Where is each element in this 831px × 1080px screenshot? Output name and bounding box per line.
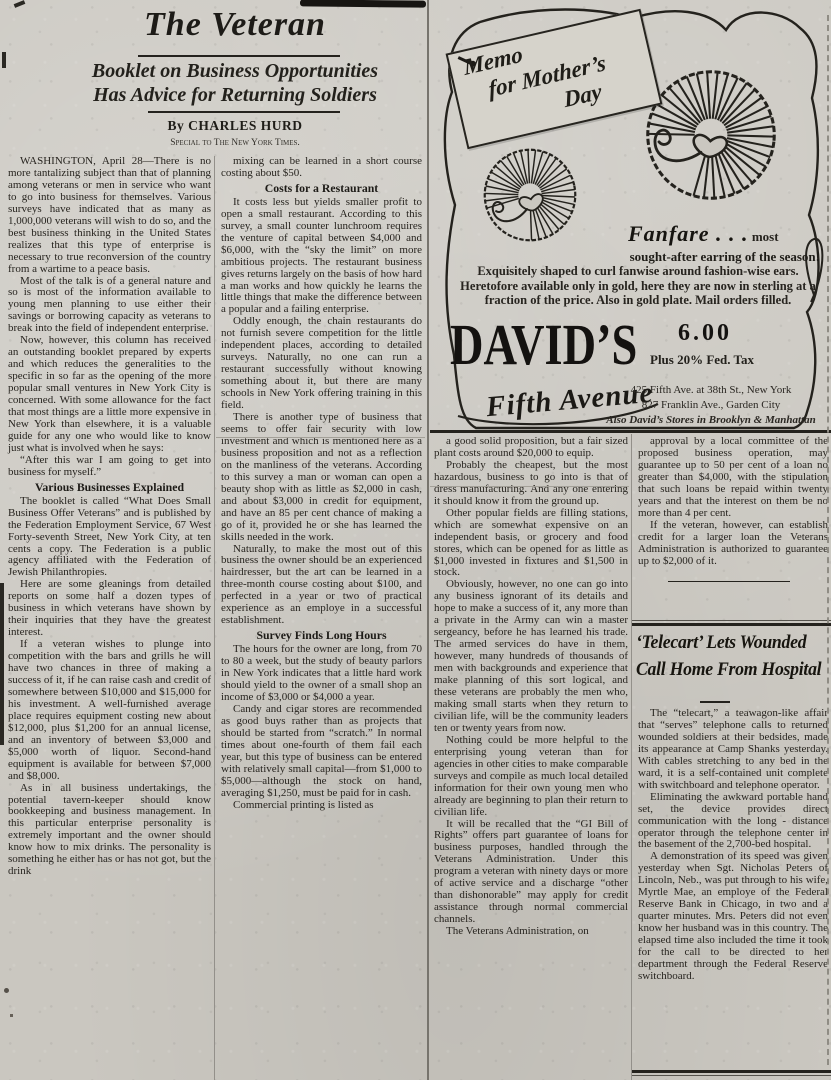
page-edge (827, 15, 829, 1065)
bottom-rule (632, 1075, 831, 1076)
telecart-headline-line2: Call Home From Hospital (636, 657, 824, 684)
headline-rule (700, 701, 730, 703)
clipping-edge (216, 437, 425, 438)
scan-speck (10, 1014, 13, 1017)
ad-subheadline: sought-after earring of the season! (578, 249, 820, 265)
paragraph: If a veteran wishes to plunge into compe… (8, 639, 211, 782)
paragraph: Probably the cheapest, but the most haza… (434, 460, 628, 508)
fanfare-tail: most (749, 229, 779, 244)
article-column-2: mixing can be learned in a short course … (221, 156, 422, 811)
brand-logotype: DAVID’S (450, 316, 637, 374)
ad-address-1: 425 Fifth Ave. at 38th St., New York (598, 384, 824, 396)
paragraph: Most of the talk is of a general nature … (8, 276, 211, 336)
fanfare-script: Fanfare . . . (628, 221, 749, 246)
paragraph: Naturally, to make the most out of this … (221, 544, 422, 628)
paragraph: a good solid proposition, but a fair siz… (434, 436, 628, 460)
paragraph: If the veteran, however, can establish c… (638, 520, 828, 568)
column-divider (631, 434, 632, 1080)
paragraph: mixing can be learned in a short course … (221, 156, 422, 180)
byline: By CHARLES HURD (40, 118, 430, 134)
subtitle-rule (148, 111, 340, 113)
clipping-edge (430, 486, 629, 487)
subhead: Survey Finds Long Hours (221, 630, 422, 642)
davids-fifth-avenue-ad: Memo for Mother’s Day Fanfare . . . most… (428, 0, 831, 434)
paragraph: “After this war I am going to get into b… (8, 455, 211, 479)
article-subtitle-line2: Has Advice for Returning Soldiers (40, 84, 430, 107)
paragraph: It costs less but yields smaller profit … (221, 197, 422, 317)
paragraph: As in all business undertakings, the pot… (8, 783, 211, 879)
paragraph: Oddly enough, the chain restaurants do n… (221, 316, 422, 412)
ad-body-text: Exquisitely shaped to curl fanwise aroun… (452, 264, 824, 308)
paragraph: approval by a local committee of the pro… (638, 436, 828, 520)
earring-illustration-right (641, 65, 780, 204)
column-divider (214, 156, 215, 1080)
scan-speck (14, 0, 26, 8)
paragraph: The booklet is called “What Does Small B… (8, 496, 211, 580)
torn-edge-mark (300, 0, 426, 8)
paragraph: The “telecart,” a teawagon-like affair t… (638, 708, 828, 792)
telecart-headline: ‘Telecart’ Lets Wounded Call Home From H… (636, 630, 824, 684)
paragraph: Commercial printing is listed as (221, 800, 422, 812)
telecart-article-body: The “telecart,” a teawagon-like affair t… (638, 708, 828, 983)
subhead: Costs for a Restaurant (221, 183, 422, 195)
paragraph: Candy and cigar stores are recommended a… (221, 704, 422, 800)
paragraph: Other popular fields are filling station… (434, 508, 628, 580)
ad-address-3: Also David’s Stores in Brooklyn & Manhat… (598, 414, 824, 426)
newspaper-page: The Veteran Booklet on Business Opportun… (0, 0, 831, 1080)
title-rule (138, 55, 340, 57)
article-column-4: approval by a local committee of the pro… (638, 436, 828, 567)
credit-line: Special to The New York Times. (40, 138, 430, 148)
section-divider (632, 620, 831, 621)
ad-bottom-rule (430, 430, 831, 433)
paragraph: There is another type of business that s… (221, 412, 422, 543)
ad-address-2: 827 Franklin Ave., Garden City (598, 399, 824, 411)
subhead: Various Businesses Explained (8, 482, 211, 494)
earring-illustration-left (476, 141, 583, 248)
paper-fold-mark (0, 583, 4, 745)
paragraph: The hours for the owner are long, from 7… (221, 644, 422, 704)
telecart-headline-line1: ‘Telecart’ Lets Wounded (636, 630, 824, 657)
scan-speck (4, 988, 9, 993)
end-rule (668, 581, 790, 582)
paragraph: Obviously, however, no one can go into a… (434, 579, 628, 734)
article-subtitle-line1: Booklet on Business Opportunities (40, 60, 430, 83)
paragraph: Eliminating the awkward portable hand se… (638, 792, 828, 852)
paragraph: Nothing could be more helpful to the ent… (434, 735, 628, 819)
paragraph: WASHINGTON, April 28—There is no more ta… (8, 156, 211, 276)
paragraph: It will be recalled that the “GI Bill of… (434, 819, 628, 927)
page-title: The Veteran (40, 6, 430, 44)
article-column-1: WASHINGTON, April 28—There is no more ta… (8, 156, 211, 878)
paragraph: The Veterans Administration, on (434, 926, 628, 938)
tax-note: Plus 20% Fed. Tax (650, 352, 754, 368)
paragraph: Here are some gleanings from detailed re… (8, 579, 211, 639)
section-divider (632, 623, 831, 626)
price: 6.00 (678, 320, 732, 347)
bottom-rule (632, 1070, 831, 1073)
ad-headline: Fanfare . . . most (628, 221, 828, 247)
paragraph: A demonstration of its speed was given y… (638, 851, 828, 982)
paragraph: Now, however, this column has received a… (8, 335, 211, 455)
scan-speck (2, 52, 6, 68)
article-column-3: a good solid proposition, but a fair siz… (434, 436, 628, 938)
